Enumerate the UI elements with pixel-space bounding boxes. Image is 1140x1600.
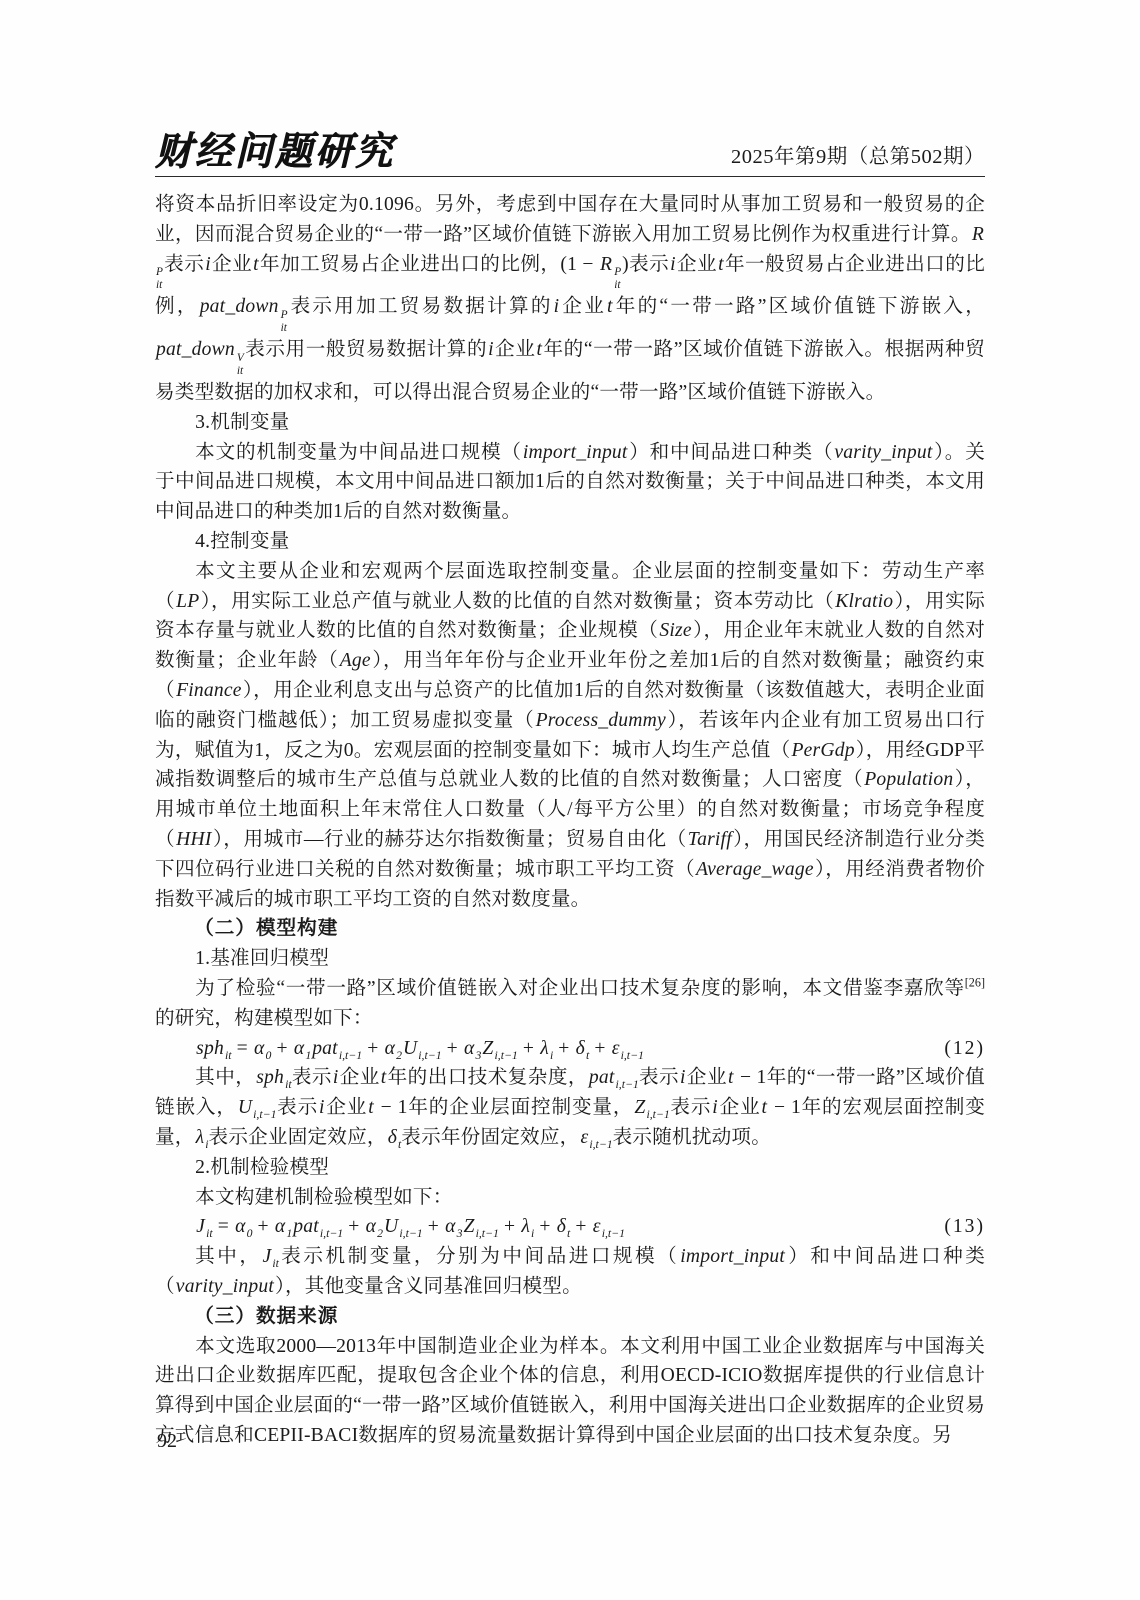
math-var: pat xyxy=(311,1038,339,1059)
math-subscript: 0 xyxy=(265,1049,271,1062)
section-heading: （三）数据来源 xyxy=(155,1302,985,1332)
math-subscript: i,t−1 xyxy=(476,1227,499,1240)
paragraph: 本文的机制变量为中间品进口规模（import_input）和中间品进口种类（va… xyxy=(155,438,985,527)
paragraph: 3.机制变量 xyxy=(155,408,985,438)
journal-page: 财经问题研究 2025年第9期（总第502期） 将资本品折旧率设定为0.1096… xyxy=(0,0,1140,1600)
paragraph: 本文构建机制检验模型如下： xyxy=(155,1183,985,1213)
math-var: sph xyxy=(195,1038,225,1059)
math-var: i xyxy=(332,1067,340,1088)
math-var: sph xyxy=(255,1067,285,1088)
math-subscript: it xyxy=(285,1078,292,1091)
math-var: PerGdp xyxy=(790,740,855,761)
supsub-stack: Pit xyxy=(156,266,163,292)
math-var: varity_input xyxy=(175,1276,275,1297)
paragraph: 其中，sphit表示i企业t年的出口技术复杂度，pati,t−1表示i企业t −… xyxy=(155,1063,985,1152)
math-var: Process_dummy xyxy=(535,710,667,731)
math-subscript: i,t−1 xyxy=(616,1078,639,1091)
math-var: δ xyxy=(556,1216,567,1237)
math-var: LP xyxy=(175,591,200,612)
math-var: t xyxy=(535,339,543,360)
math-var: J xyxy=(262,1246,273,1267)
math-var-supsub: RPit xyxy=(599,254,622,275)
math-var: t xyxy=(717,254,725,275)
math-var: δ xyxy=(387,1127,398,1148)
math-var: ε xyxy=(579,1127,589,1148)
math-subscript: i,t−1 xyxy=(253,1108,276,1121)
math-var: i xyxy=(553,296,561,317)
math-var: i xyxy=(318,1097,326,1118)
math-subscript: t xyxy=(398,1138,401,1151)
equation-body: Jit = α0 + α1pati,t−1 + α2Ui,t−1 + α3Zi,… xyxy=(195,1212,625,1242)
paragraph: 为了检验“一带一路”区域价值链嵌入对企业出口技术复杂度的影响，本文借鉴李嘉欣等[… xyxy=(155,974,985,1034)
math-var: i xyxy=(487,339,495,360)
math-var: i xyxy=(204,254,212,275)
math-var: U xyxy=(237,1097,253,1118)
math-var: Z xyxy=(462,1216,475,1237)
paragraph: 将资本品折旧率设定为0.1096。另外，考虑到中国存在大量同时从事加工贸易和一般… xyxy=(155,190,985,408)
math-var: i xyxy=(669,254,677,275)
math-var: α xyxy=(444,1216,457,1237)
math-var: α xyxy=(274,1216,287,1237)
math-var: Z xyxy=(633,1097,646,1118)
math-var: Population xyxy=(863,769,954,790)
paragraph: 1.基准回归模型 xyxy=(155,944,985,974)
math-var: t xyxy=(252,254,260,275)
math-var: Average_wage xyxy=(695,859,815,880)
math-var: α xyxy=(463,1038,476,1059)
math-var: δ xyxy=(575,1038,586,1059)
math-var: α xyxy=(384,1038,397,1059)
math-subscript: it xyxy=(272,1257,279,1270)
math-subscript: i,t−1 xyxy=(621,1049,644,1062)
article-body: 将资本品折旧率设定为0.1096。另外，考虑到中国存在大量同时从事加工贸易和一般… xyxy=(155,190,985,1451)
math-subscript: i,t−1 xyxy=(602,1227,625,1240)
equation: sphit = α0 + α1pati,t−1 + α2Ui,t−1 + α3Z… xyxy=(155,1034,985,1064)
math-var: λ xyxy=(520,1216,531,1237)
paragraph: 4.控制变量 xyxy=(155,527,985,557)
math-subscript: i,t−1 xyxy=(646,1108,669,1121)
paragraph: 其中，Jit表示机制变量，分别为中间品进口规模（import_input）和中间… xyxy=(155,1242,985,1302)
math-var: U xyxy=(402,1038,418,1059)
header-rule xyxy=(155,176,985,177)
math-var: R xyxy=(599,254,613,275)
journal-logo: 财经问题研究 xyxy=(155,132,395,171)
math-var: HHI xyxy=(175,829,212,850)
math-var-supsub: RPit xyxy=(155,224,985,275)
math-var: pat xyxy=(292,1216,320,1237)
math-subscript: i,t−1 xyxy=(495,1049,518,1062)
math-var: Age xyxy=(339,650,372,671)
math-var: varity_input xyxy=(833,442,933,463)
math-var: Size xyxy=(658,620,692,641)
page-header: 财经问题研究 2025年第9期（总第502期） xyxy=(155,122,985,170)
math-var: t xyxy=(606,296,614,317)
math-var: t xyxy=(727,1067,735,1088)
math-var: pat_down xyxy=(155,339,236,360)
math-var: t xyxy=(380,1067,388,1088)
math-var: α xyxy=(293,1038,306,1059)
math-subscript: t xyxy=(586,1049,589,1062)
math-subscript: i xyxy=(531,1227,534,1240)
math-var: U xyxy=(383,1216,399,1237)
math-subscript: it xyxy=(225,1049,232,1062)
math-var: J xyxy=(195,1216,206,1237)
math-subscript: i xyxy=(205,1138,208,1151)
equation: Jit = α0 + α1pati,t−1 + α2Ui,t−1 + α3Zi,… xyxy=(155,1212,985,1242)
math-var: R xyxy=(971,224,985,245)
math-var: pat xyxy=(588,1067,616,1088)
math-var: Finance xyxy=(175,680,243,701)
math-var: α xyxy=(253,1038,266,1059)
math-var: i xyxy=(679,1067,687,1088)
math-var: i xyxy=(711,1097,719,1118)
math-subscript: i,t−1 xyxy=(589,1138,612,1151)
equation-body: sphit = α0 + α1pati,t−1 + α2Ui,t−1 + α3Z… xyxy=(195,1034,644,1064)
math-var: α xyxy=(234,1216,247,1237)
math-subscript: t xyxy=(567,1227,570,1240)
math-var: ε xyxy=(611,1038,621,1059)
supsub-stack: Pit xyxy=(281,309,288,335)
math-var: α xyxy=(365,1216,378,1237)
math-var: import_input xyxy=(679,1246,786,1267)
math-var-supsub: pat_downPit xyxy=(199,296,289,317)
math-var: Tariff xyxy=(687,829,733,850)
math-var: λ xyxy=(195,1127,206,1148)
math-subscript: 0 xyxy=(247,1227,253,1240)
paragraph: 本文主要从企业和宏观两个层面选取控制变量。企业层面的控制变量如下：劳动生产率（L… xyxy=(155,557,985,915)
math-var: pat_down xyxy=(199,296,280,317)
math-subscript: i,t−1 xyxy=(339,1049,362,1062)
math-subscript: i xyxy=(550,1049,553,1062)
math-subscript: i,t−1 xyxy=(320,1227,343,1240)
math-var: t xyxy=(761,1097,769,1118)
math-subscript: i,t−1 xyxy=(418,1049,441,1062)
reference-superscript: [26] xyxy=(965,975,985,989)
section-heading: （二）模型构建 xyxy=(155,914,985,944)
equation-number: (13) xyxy=(944,1212,985,1242)
paragraph: 2.机制检验模型 xyxy=(155,1153,985,1183)
math-var: ε xyxy=(592,1216,602,1237)
math-var: import_input xyxy=(522,442,629,463)
equation-number: (12) xyxy=(944,1034,985,1064)
math-var: t xyxy=(367,1097,375,1118)
page-number: 92 xyxy=(157,1430,177,1453)
math-var: Klratio xyxy=(834,591,894,612)
issue-info: 2025年第9期（总第502期） xyxy=(731,145,985,170)
math-subscript: i,t−1 xyxy=(399,1227,422,1240)
math-subscript: it xyxy=(206,1227,213,1240)
math-var: Z xyxy=(481,1038,494,1059)
paragraph: 本文选取2000—2013年中国制造业企业为样本。本文利用中国工业企业数据库与中… xyxy=(155,1332,985,1451)
math-var-supsub: pat_downVit xyxy=(155,339,245,360)
supsub-stack: Vit xyxy=(237,352,244,378)
supsub-stack: Pit xyxy=(614,266,621,292)
math-var: λ xyxy=(539,1038,550,1059)
